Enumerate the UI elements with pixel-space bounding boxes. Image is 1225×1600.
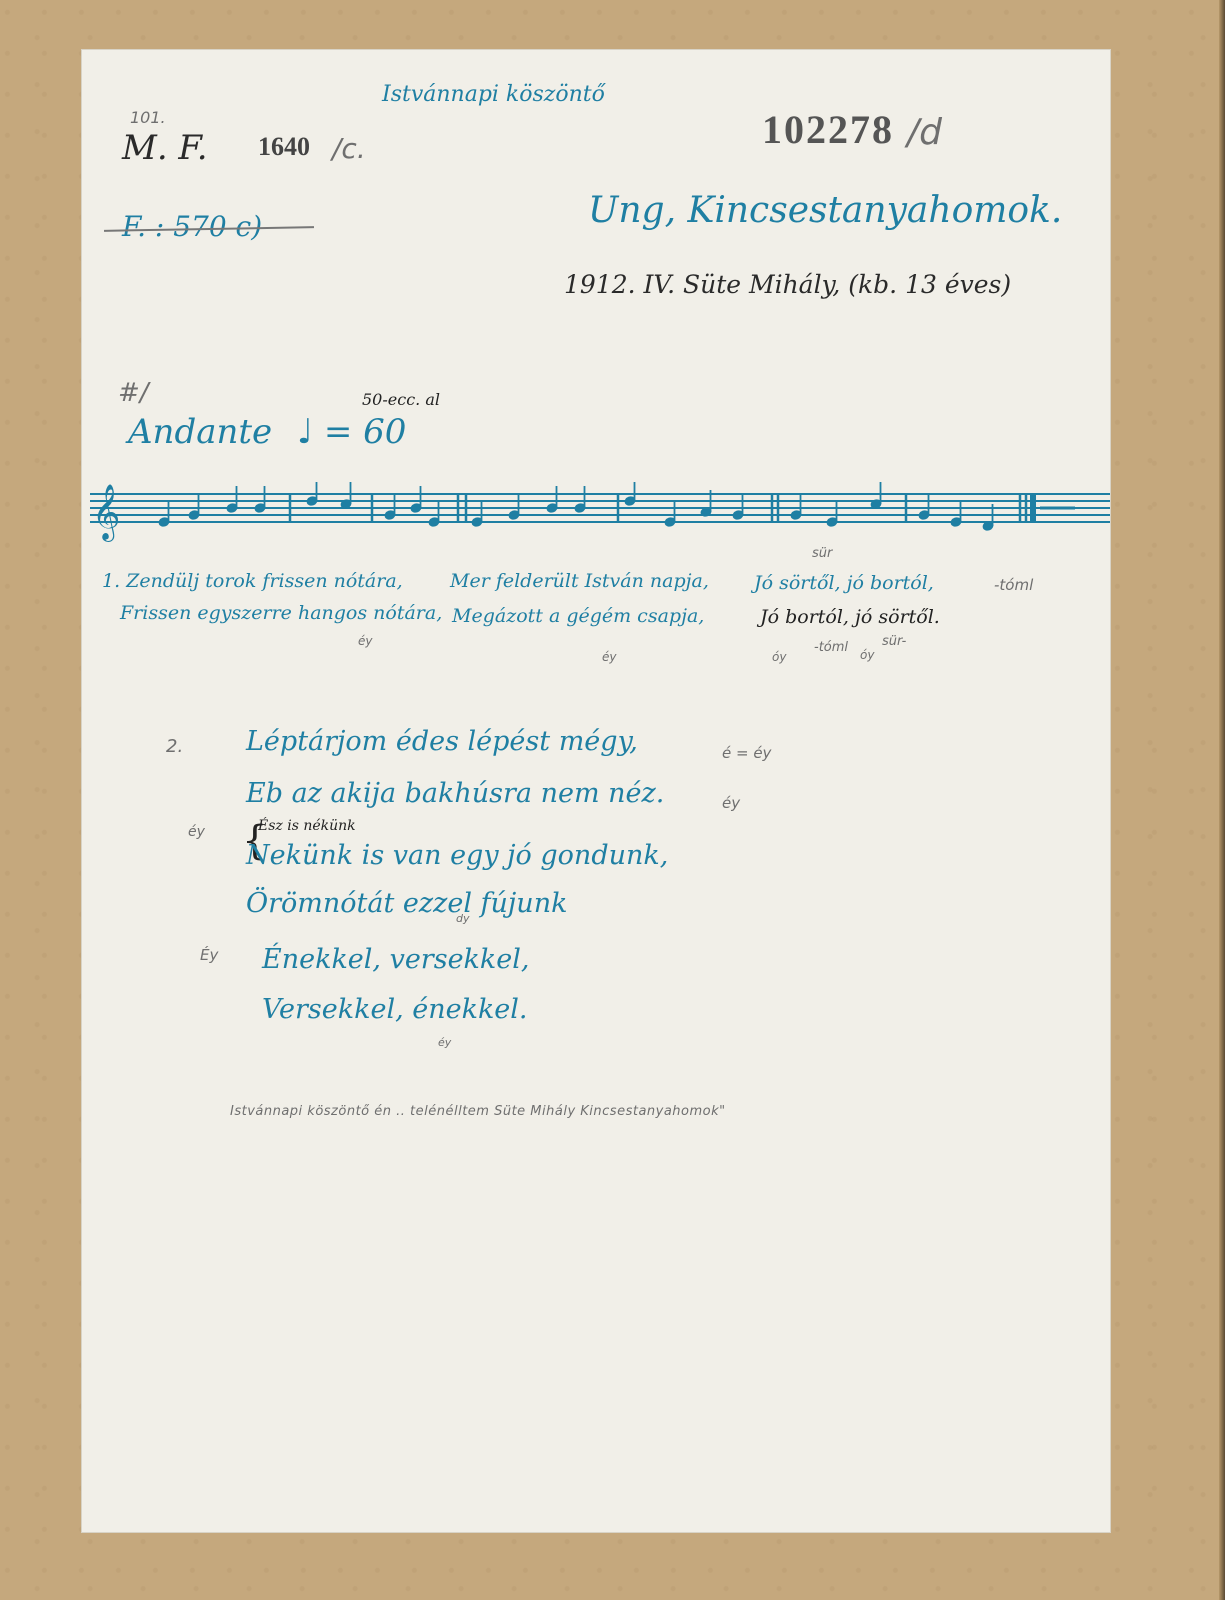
annotation-toml-below: -tóml xyxy=(814,640,848,655)
verse-line-4: Örömnótát ezzel fújunk xyxy=(246,888,567,919)
annotation-dy: dy xyxy=(456,912,470,925)
verse-number: 2. xyxy=(166,736,183,757)
annotation-toml-right: -tóml xyxy=(994,576,1033,594)
tempo-alternative: 50-ecc. al xyxy=(362,390,440,409)
annotation-ey-2: éy xyxy=(602,650,616,664)
reference-number-stamp: 102278 xyxy=(762,106,894,153)
annotation-ey-3: óy xyxy=(772,650,786,664)
annotation-sur-top: sür xyxy=(812,546,832,561)
annotation-ei: éy xyxy=(438,1036,451,1049)
tempo-label: Andante xyxy=(128,412,272,452)
annotation-ey-verse-3: éy xyxy=(188,824,205,840)
final-barline xyxy=(1030,494,1036,522)
tempo-value: ♩ = 60 xyxy=(297,412,406,452)
lyric-line-1b: Frissen egyszerre hangos nótára, xyxy=(120,602,442,624)
board-edge xyxy=(1219,0,1225,1600)
shelfmark-prefix: M. F. xyxy=(122,128,208,168)
tempo-marking: Andante ♩ = 60 xyxy=(128,412,406,452)
annotation-ey-1: éy xyxy=(358,634,372,648)
annotation-ey-verse-5: Éy xyxy=(200,946,218,964)
lyric-line-1a: 1. Zendülj torok frissen nótára, xyxy=(102,570,403,592)
verse-line-5: Énekkel, versekkel, xyxy=(262,944,529,975)
treble-clef-icon: 𝄞 xyxy=(92,484,120,542)
verse-line-6: Versekkel, énekkel. xyxy=(262,994,528,1025)
verse-line-2: Eb az akija bakhúsra nem néz. xyxy=(246,778,664,809)
lyric-line-2a: Mer felderült István napja, xyxy=(450,570,709,592)
annotation-ey-verse-2: éy xyxy=(722,794,740,812)
pencil-mark: #/ xyxy=(118,378,149,408)
verse-line-3-correction: Ész is nékünk xyxy=(258,818,356,834)
collection-info: 1912. IV. Süte Mihály, (kb. 13 éves) xyxy=(564,270,1011,299)
pencil-shelf-number: 101. xyxy=(130,108,166,127)
lyric-line-3a: Jó sörtől, jó bortól, xyxy=(754,572,934,594)
music-staff: 𝄞 xyxy=(90,482,1110,542)
annotation-sur-below: sür- xyxy=(882,634,906,649)
verse-line-1: Léptárjom édes lépést mégy, xyxy=(246,726,638,757)
verse-line-3: Nekünk is van egy jó gondunk, xyxy=(246,840,668,871)
reference-suffix: /d xyxy=(907,112,942,153)
annotation-ey-4: óy xyxy=(860,648,874,662)
manuscript-sheet: Istvánnapi köszöntő 101. M. F. 1640 /c. … xyxy=(82,50,1110,1532)
lyric-line-3b: Jó bortól, jó sörtől. xyxy=(760,606,940,628)
shelfmark-number: 1640 xyxy=(258,132,310,162)
footer-pencil-note: Istvánnapi köszöntő én .. telénélltem Sü… xyxy=(230,1104,726,1119)
annotation-e-equals: é = éy xyxy=(722,744,771,762)
shelfmark-suffix: /c. xyxy=(332,132,366,165)
collection-place: Ung, Kincsestanyahomok. xyxy=(588,190,1062,231)
lyric-line-2b: Megázott a gégém csapja, xyxy=(452,605,704,627)
song-title: Istvánnapi köszöntő xyxy=(382,82,605,107)
